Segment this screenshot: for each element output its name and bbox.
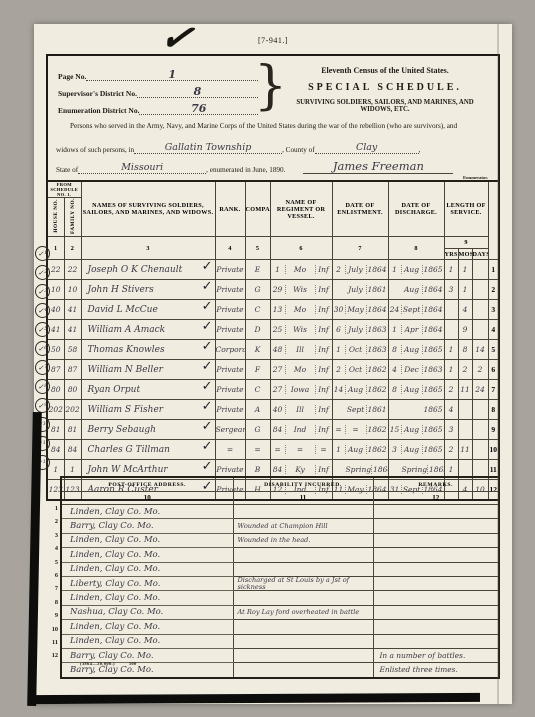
regiment-number: 13 [271,305,286,314]
enlistment-column-header: Date of Enlistment. [332,181,388,237]
header-box: Page No. 1 Supervisor's District No. 8 E… [46,54,500,182]
regiment-number: 40 [271,405,286,414]
enlist-day: 1 [333,345,346,354]
regiment-type: Inf [316,345,332,354]
discharge-date-cell: 24Sept1864 [388,300,444,320]
service-days-cell [472,440,488,460]
supervisor-district-label: Supervisor's District No. [58,89,137,98]
col-num-5: 5 [245,237,270,260]
discharge-day: 24 [389,305,402,314]
discharge-year: 1865 [423,385,444,394]
disability-cell [233,663,373,678]
disability-cell: At Roy Lay ford overheated in battle [233,605,373,619]
remarks-cell [373,576,499,590]
service-years-cell: 1 [444,360,458,380]
address-row: Linden, Clay Co. Mo. [61,591,499,605]
rank-cell: Private [215,300,245,320]
rank-cell: Private [215,400,245,420]
regiment-number: 27 [271,365,286,374]
tally-check-icon: ✓ [202,260,213,275]
address-line-number: 2 [46,515,58,528]
address-line-number: 9 [46,609,58,622]
service-days-cell [472,400,488,420]
regiment-number: 25 [271,325,286,334]
remarks-cell: Enlisted three times. [373,663,499,678]
margin-mark-row: ✓7 [35,358,50,377]
col-num-2: 2 [64,237,81,260]
service-months-cell: 8 [458,340,472,360]
veteran-name: John W McArthur [88,465,168,475]
enlist-day: 30 [333,305,346,314]
yrs-subheader: Yrs. [444,249,458,260]
regiment-state: Wis [286,285,316,294]
circled-check-icon: ✓1 [35,246,50,261]
service-months-cell: 11 [458,380,472,400]
intro-paragraph: Persons who served in the Army, Navy, an… [56,122,490,174]
margin-mark-row: ✓3 [35,282,50,301]
veterans-table: From Schedule No. 1. Names of Surviving … [46,180,500,501]
address-table-body: Linden, Clay Co. Mo. Barry, Clay Co. Mo.… [61,505,499,678]
veteran-name-cell: John H Stivers✓ [81,280,215,300]
remarks-cell [373,562,499,576]
post-office-address-cell: Linden, Clay Co. Mo. [61,591,233,605]
address-line-number: 11 [46,636,58,649]
regiment-type: Inf [316,285,332,294]
discharge-date-cell: 1865 [388,400,444,420]
rank-column-header: Rank. [215,181,245,237]
discharge-year: 1865 [423,405,444,414]
post-office-address-cell: Linden, Clay Co. Mo. [61,634,233,648]
mos-subheader: Mos. [458,249,472,260]
rank-cell: Private [215,360,245,380]
company-cell: D [245,320,270,340]
disability-cell: Wounded at Champion Hill [233,519,373,533]
enlist-month: July [346,325,367,334]
col-num-12: 12 [373,492,499,505]
address-row: Linden, Clay Co. Mo. Wounded in the head… [61,533,499,547]
remarks-cell [373,548,499,562]
tally-check-icon: ✓ [202,400,213,415]
margin-mark-row: ✓2 [35,263,50,282]
service-days-cell [472,300,488,320]
tally-check-icon: ✓ [202,380,213,395]
enumeration-district-line: Enumeration District No. 76 [58,98,258,115]
enlist-year: 1864 [367,265,388,274]
enlistment-date-cell: 2Oct1862 [332,360,388,380]
regiment-cell: 48IllInf [270,340,332,360]
address-line-number: 10 [46,623,58,636]
enlist-month: July [346,265,367,274]
veteran-row: 10 10 John H Stivers✓ Private G 29WisInf… [47,280,499,300]
state-value: Missouri [78,162,206,174]
regiment-type: Inf [316,305,332,314]
veteran-name: John H Stivers [88,285,154,295]
service-days-cell: 2 [472,360,488,380]
veteran-name: Ryan Orput [88,385,141,395]
rank-cell: Private [215,280,245,300]
discharge-date-cell: 4Dec1863 [388,360,444,380]
address-line-numbers: 1 2 3 4 5 6 7 8 9 10 11 12 [46,502,58,663]
enlist-day: 2 [333,265,346,274]
company-cell: C [245,380,270,400]
company-cell: = [245,440,270,460]
regiment-state: Mo [286,365,316,374]
names-column-header: Names of Surviving Soldiers, Sailors, an… [81,181,215,237]
remarks-cell [373,634,499,648]
intro-l2b: , County of [282,146,315,154]
address-row: Linden, Clay Co. Mo. [61,620,499,634]
margin-mark-row: ✓8 [35,377,50,396]
veteran-row: 80 80 Ryan Orput✓ Private C 27IowaInf 14… [47,380,499,400]
discharge-date-cell: 8Aug1865 [388,340,444,360]
regiment-state: = [286,445,316,454]
family-no-cell: 41 [64,320,81,340]
rank-cell: Private [215,380,245,400]
rank-cell: Private [215,320,245,340]
discharge-month: Aug [402,345,423,354]
disability-cell [233,634,373,648]
col-num-3: 3 [81,237,215,260]
service-years-cell: 4 [444,400,458,420]
disability-cell [233,562,373,576]
family-no-cell: 80 [64,380,81,400]
enlist-year: 1862 [367,385,388,394]
col-num-7: 7 [332,237,388,260]
family-no-cell: 87 [64,360,81,380]
circled-check-icon: ✓2 [35,265,50,280]
discharge-year: 1865 [423,425,444,434]
remarks-cell: In a number of battles. [373,648,499,662]
supervisor-district-value: 8 [137,87,258,98]
remarks-column-header: Remarks. [373,477,499,492]
remarks-cell [373,605,499,619]
schedule-title: SPECIAL SCHEDULE. [280,82,490,93]
discharge-day: 1 [389,265,402,274]
discharge-date-cell: 8Aug1865 [388,380,444,400]
address-row: Barry, Clay Co. Mo. Wounded at Champion … [61,519,499,533]
page-no-line: Page No. 1 [58,64,258,81]
address-table-wrap: 1 2 3 4 5 6 7 8 9 10 11 12 Post-office A… [46,476,498,679]
service-days-cell [472,420,488,440]
enlist-year: 1863 [367,345,388,354]
address-table: Post-office Address. Disability Incurred… [60,476,500,679]
veteran-name: William A Amack [88,325,166,335]
circled-check-icon: ✓6 [35,341,50,356]
disability-cell: Discharged at St Louis by a Jst of sickn… [233,576,373,590]
veteran-name-cell: Joseph O K Chenault✓ [81,260,215,280]
regiment-number: = [271,445,286,454]
disability-cell [233,548,373,562]
post-office-address-cell: Nashua, Clay Co. Mo. [61,605,233,619]
print-code: (3864—20,000.) [80,661,115,666]
discharge-year: 1865 [423,265,444,274]
regiment-cell: 1MoInf [270,260,332,280]
post-office-address-cell: Linden, Clay Co. Mo. [61,505,233,519]
discharge-month: Dec [402,365,423,374]
service-months-cell: 1 [458,280,472,300]
tally-check-icon: ✓ [202,460,213,475]
regiment-type: = [316,445,332,454]
address-line-number: 4 [46,542,58,555]
length-of-service-header: Length of Service. [444,181,488,237]
enlist-day: 14 [333,385,346,394]
census-title: Eleventh Census of the United States. [280,66,490,75]
tally-check-icon: ✓ [202,300,213,315]
disability-cell: Wounded in the head. [233,533,373,547]
enlistment-date-cell: July1861 [332,280,388,300]
enlist-month: Spring [346,465,373,474]
address-line-number: 5 [46,556,58,569]
regiment-state: Ill [286,345,316,354]
enlist-year: 1862 [367,425,388,434]
veteran-row: 87 87 William N Beller✓ Private F 27MoIn… [47,360,499,380]
regiment-type: Inf [316,265,332,274]
rank-cell: Corporal [215,340,245,360]
family-no-cell: 41 [64,300,81,320]
regiment-number: 27 [271,385,286,394]
intro-l2a: widows of such persons, in [56,146,134,154]
service-years-cell: 1 [444,260,458,280]
township-value: Gallatin Township [134,142,282,154]
address-row: Nashua, Clay Co. Mo. At Roy Lay ford ove… [61,605,499,619]
company-cell: G [245,280,270,300]
service-months-cell: 2 [458,360,472,380]
discharge-day: 15 [389,425,402,434]
family-no-cell: 22 [64,260,81,280]
address-column-header: Post-office Address. [61,477,233,492]
veteran-name-cell: Ryan Orput✓ [81,380,215,400]
intro-l3b: , enumerated in June, 1890. [206,166,285,174]
service-years-cell: 1 [444,340,458,360]
regiment-cell: 25WisInf [270,320,332,340]
service-years-cell: 2 [444,440,458,460]
col-num-9: 9 [444,237,488,249]
print-code-2: 100 [129,661,137,666]
tally-check-icon: ✓ [202,320,213,335]
discharge-date-cell: 1Apr1864 [388,320,444,340]
regiment-cell: === [270,440,332,460]
col-num-8: 8 [388,237,444,260]
intro-l3a: State of [56,166,78,174]
veteran-name: William S Fisher [88,405,164,415]
regiment-state: Ky [286,465,316,474]
discharge-year: 1865 [428,465,444,474]
discharge-date-cell: 3Aug1865 [388,440,444,460]
discharge-year: 1865 [423,445,444,454]
discharge-date-cell: Aug1864 [388,280,444,300]
title-block: Eleventh Census of the United States. SP… [280,66,490,113]
form-number: [7-941.] [34,36,512,45]
veteran-row: 84 84 Charles G Tillman✓ = = === 1Aug186… [47,440,499,460]
discharge-day: 4 [389,365,402,374]
enumeration-district-label: Enumeration District No. [58,106,139,115]
post-office-address-cell: Barry, Clay Co. Mo. [61,519,233,533]
district-fields: Page No. 1 Supervisor's District No. 8 E… [58,64,258,115]
disability-cell [233,591,373,605]
from-schedule-header: From Schedule No. 1. [47,181,81,198]
veteran-name-cell: William N Beller✓ [81,360,215,380]
enlist-year: 1864 [367,305,388,314]
enlistment-date-cell: 1Oct1863 [332,340,388,360]
rank-cell: = [215,440,245,460]
service-years-cell [444,320,458,340]
discharge-month: Aug [402,265,423,274]
scan-background: ✓ [7-941.] Page No. 1 Supervisor's Distr… [0,0,535,717]
service-months-cell [458,400,472,420]
service-months-cell: 1 [458,260,472,280]
service-days-cell [472,260,488,280]
discharge-column-header: Date of Discharge. [388,181,444,237]
post-office-address-cell: Linden, Clay Co. Mo. [61,533,233,547]
enlistment-date-cell: 1Aug1862 [332,440,388,460]
circled-check-icon: ✓5 [35,322,50,337]
company-cell: E [245,260,270,280]
address-line-number: 6 [46,569,58,582]
veterans-table-body: 22 22 Joseph O K Chenault✓ Private E 1Mo… [47,260,499,501]
regiment-state: Iowa [286,385,316,394]
veteran-row: 22 22 Joseph O K Chenault✓ Private E 1Mo… [47,260,499,280]
enlist-year: 1864 [372,465,388,474]
address-line-number: 1 [46,502,58,515]
disability-column-header: Disability Incurred. [233,477,373,492]
company-cell: G [245,420,270,440]
address-row: Linden, Clay Co. Mo. [61,548,499,562]
discharge-month: Aug [402,285,423,294]
address-row: Linden, Clay Co. Mo. [61,634,499,648]
enumerator-signature: James Freeman [303,159,453,174]
county-value: Clay [315,142,419,154]
enlist-year: 1863 [367,325,388,334]
discharge-year: 1864 [423,325,444,334]
discharge-year: 1863 [423,365,444,374]
company-cell: A [245,400,270,420]
enlist-day: 6 [333,325,346,334]
discharge-day: 3 [389,445,402,454]
veteran-name-cell: William S Fisher✓ [81,400,215,420]
house-no-header: House No. [47,198,64,237]
margin-mark-row: ✓4 [35,301,50,320]
service-months-cell: 9 [458,320,472,340]
veteran-name-cell: Berry Sebaugh✓ [81,420,215,440]
regiment-column-header: Name of Regiment or Vessel. [270,181,332,237]
discharge-month: Aug [402,445,423,454]
enlistment-date-cell: 6July1863 [332,320,388,340]
veteran-row: 81 81 Berry Sebaugh✓ Sergeant G 84IndInf… [47,420,499,440]
circled-check-icon: ✓4 [35,303,50,318]
veteran-name: Joseph O K Chenault [88,265,183,275]
enlistment-date-cell: Sept1861 [332,400,388,420]
rank-cell: Private [215,260,245,280]
regiment-cell: 40IllInf [270,400,332,420]
veteran-name-cell: Charles G Tillman✓ [81,440,215,460]
service-months-cell [458,420,472,440]
company-cell: K [245,340,270,360]
regiment-cell: 13MoInf [270,300,332,320]
regiment-type: Inf [316,405,332,414]
post-office-address-cell: Linden, Clay Co. Mo. [61,548,233,562]
discharge-month: Sept [402,305,423,314]
regiment-cell: 27IowaInf [270,380,332,400]
regiment-cell: 27MoInf [270,360,332,380]
service-days-cell: 14 [472,340,488,360]
company-cell: C [245,300,270,320]
enlist-month: July [346,285,367,294]
supervisor-district-line: Supervisor's District No. 8 [58,81,258,98]
post-office-address-cell: Linden, Clay Co. Mo. [61,620,233,634]
enlist-month: Aug [346,385,367,394]
veteran-row: 40 41 David L McCue✓ Private C 13MoInf 3… [47,300,499,320]
disability-cell [233,648,373,662]
discharge-month: Aug [402,385,423,394]
circled-check-icon: ✓9 [35,398,50,413]
margin-mark-row: ✓1 [35,244,50,263]
enlist-day: 2 [333,365,346,374]
enumeration-district-value: 76 [139,104,258,115]
address-line-number: 7 [46,582,58,595]
enlistment-date-cell: 30May1864 [332,300,388,320]
remarks-cell [373,519,499,533]
page-no-label: Page No. [58,72,86,81]
intro-l2c: , [419,146,421,154]
print-shop-code: (3864—20,000.)100 [80,661,137,666]
discharge-date-cell: 15Aug1865 [388,420,444,440]
enlist-month: Oct [346,345,367,354]
tally-check-icon: ✓ [202,340,213,355]
family-no-cell: 202 [64,400,81,420]
discharge-month: Apr [402,325,423,334]
intro-line-1: Persons who served in the Army, Navy, an… [56,122,490,136]
remarks-cell [373,533,499,547]
family-no-cell: 84 [64,440,81,460]
veteran-row: 41 41 William A Amack✓ Private D 25WisIn… [47,320,499,340]
veteran-name: Charles G Tillman [88,445,170,455]
regiment-type: Inf [316,365,332,374]
enlistment-date-cell: 14Aug1862 [332,380,388,400]
col-num-4: 4 [215,237,245,260]
regiment-state: Ill [286,405,316,414]
family-no-cell: 10 [64,280,81,300]
family-no-cell: 81 [64,420,81,440]
tally-check-icon: ✓ [202,420,213,435]
enlist-month: = [346,425,367,434]
enlist-year: 1862 [367,365,388,374]
family-no-header: Family No. [64,198,81,237]
remarks-cell [373,620,499,634]
tally-check-icon: ✓ [202,440,213,455]
veteran-name-cell: William A Amack✓ [81,320,215,340]
discharge-date-cell: 1Aug1865 [388,260,444,280]
discharge-year: 1864 [423,305,444,314]
regiment-type: Inf [316,325,332,334]
company-column-header: Company. [245,181,270,237]
margin-mark-row: ✓5 [35,320,50,339]
regiment-cell: 84IndInf [270,420,332,440]
veteran-name: Berry Sebaugh [88,425,156,435]
address-line-number: 12 [46,649,58,662]
service-days-cell: 24 [472,380,488,400]
address-line-number: 3 [46,529,58,542]
veteran-name-cell: David L McCue✓ [81,300,215,320]
post-office-address-cell: Liberty, Clay Co. Mo. [61,576,233,590]
regiment-state: Wis [286,325,316,334]
service-years-cell [444,300,458,320]
regiment-number: 84 [271,425,286,434]
discharge-day: 8 [389,345,402,354]
page-no-value: 1 [86,70,258,81]
discharge-day: 8 [389,385,402,394]
tally-check-icon: ✓ [202,280,213,295]
address-row: Linden, Clay Co. Mo. [61,505,499,519]
